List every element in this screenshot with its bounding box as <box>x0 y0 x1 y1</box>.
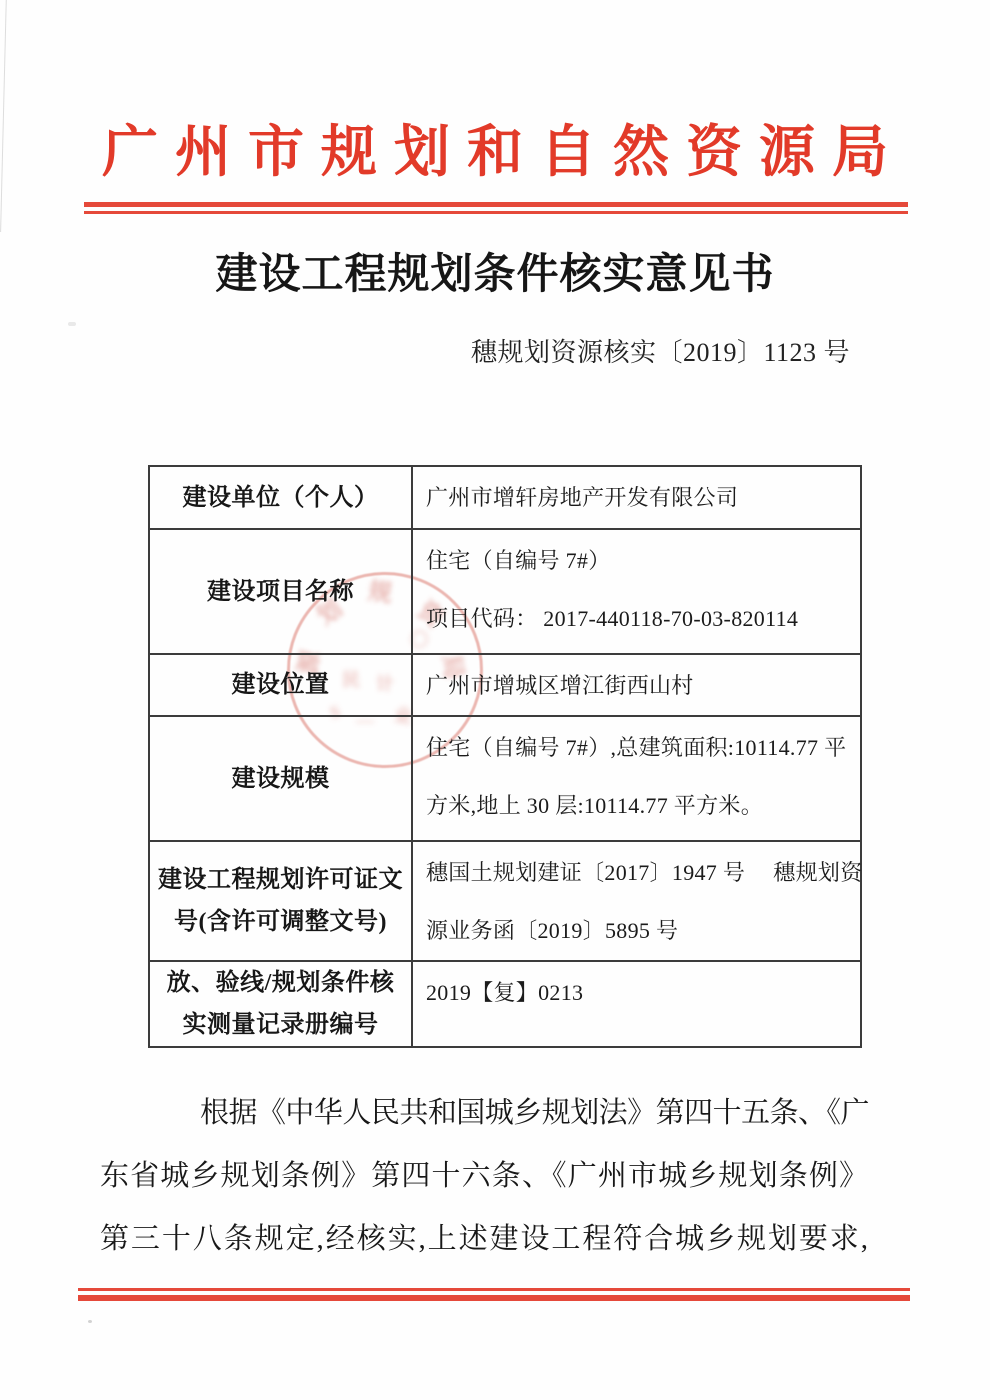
row-label: 建设单位（个人） <box>149 466 412 529</box>
table-row: 建设单位（个人） 广州市增轩房地产开发有限公司 <box>149 466 861 529</box>
row-label: 建设位置 <box>149 654 412 716</box>
agency-letterhead: 广州市规划和自然资源局 <box>0 112 990 194</box>
row-value: 2019【复】0213 <box>412 961 861 1047</box>
document-title: 建设工程规划条件核实意见书 <box>0 246 990 302</box>
row-label: 建设工程规划许可证文号(含许可调整文号) <box>149 841 412 961</box>
body-line: 根据《中华人民共和国城乡规划法》第四十五条、《广 <box>100 1082 868 1145</box>
table-row: 建设工程规划许可证文号(含许可调整文号) 穗国土规划建证〔2017〕1947 号… <box>149 841 861 961</box>
value-line: 住宅（自编号 7#） <box>426 532 858 590</box>
project-info-table: 建设单位（个人） 广州市增轩房地产开发有限公司 建设项目名称 住宅（自编号 7#… <box>148 465 862 1048</box>
row-value: 广州市增城区增江街西山村 <box>412 654 861 716</box>
document-number: 穗规划资源核实〔2019〕1123 号 <box>471 332 850 369</box>
body-line: 东省城乡规划条例》第四十六条、《广州市城乡规划条例》 <box>100 1145 868 1208</box>
value-line: 2019【复】0213 <box>426 964 858 1022</box>
value-line: 穗国土规划建证〔2017〕1947 号 穗规划资 <box>426 844 858 902</box>
value-line: 源业务函〔2019〕5895 号 <box>426 902 858 960</box>
value-line: 方米,地上 30 层:10114.77 平方米。 <box>426 777 858 835</box>
table-row: 放、验线/规划条件核实测量记录册编号 2019【复】0213 <box>149 961 861 1047</box>
value-line: 项目代码： 2017-440118-70-03-820114 <box>426 590 858 648</box>
row-value: 住宅（自编号 7#） 项目代码： 2017-440118-70-03-82011… <box>412 529 861 654</box>
row-value: 穗国土规划建证〔2017〕1947 号 穗规划资 源业务函〔2019〕5895 … <box>412 841 861 961</box>
value-line: 广州市增城区增江街西山村 <box>426 657 858 715</box>
scan-speck <box>88 1320 92 1323</box>
row-label: 放、验线/规划条件核实测量记录册编号 <box>149 961 412 1047</box>
body-paragraph: 根据《中华人民共和国城乡规划法》第四十五条、《广 东省城乡规划条例》第四十六条、… <box>100 1082 868 1271</box>
letterhead-rule-thick <box>84 202 908 207</box>
value-line: 住宅（自编号 7#）,总建筑面积:10114.77 平 <box>426 719 858 777</box>
table-row: 建设位置 广州市增城区增江街西山村 <box>149 654 861 716</box>
row-value: 住宅（自编号 7#）,总建筑面积:10114.77 平 方米,地上 30 层:1… <box>412 716 861 841</box>
document-page: 广州市规划和自然资源局 建设工程规划条件核实意见书 穗规划资源核实〔2019〕1… <box>0 0 990 1400</box>
row-label: 建设规模 <box>149 716 412 841</box>
scan-speck <box>68 322 76 326</box>
footer-rule-thick <box>78 1295 910 1301</box>
table-row: 建设规模 住宅（自编号 7#）,总建筑面积:10114.77 平 方米,地上 3… <box>149 716 861 841</box>
table-row: 建设项目名称 住宅（自编号 7#） 项目代码： 2017-440118-70-0… <box>149 529 861 654</box>
value-line: 广州市增轩房地产开发有限公司 <box>426 469 858 527</box>
letterhead-rule-thin <box>84 211 908 214</box>
footer-rule-thin <box>78 1288 910 1291</box>
row-value: 广州市增轩房地产开发有限公司 <box>412 466 861 529</box>
row-label: 建设项目名称 <box>149 529 412 654</box>
body-line: 第三十八条规定,经核实,上述建设工程符合城乡规划要求, <box>100 1208 868 1271</box>
